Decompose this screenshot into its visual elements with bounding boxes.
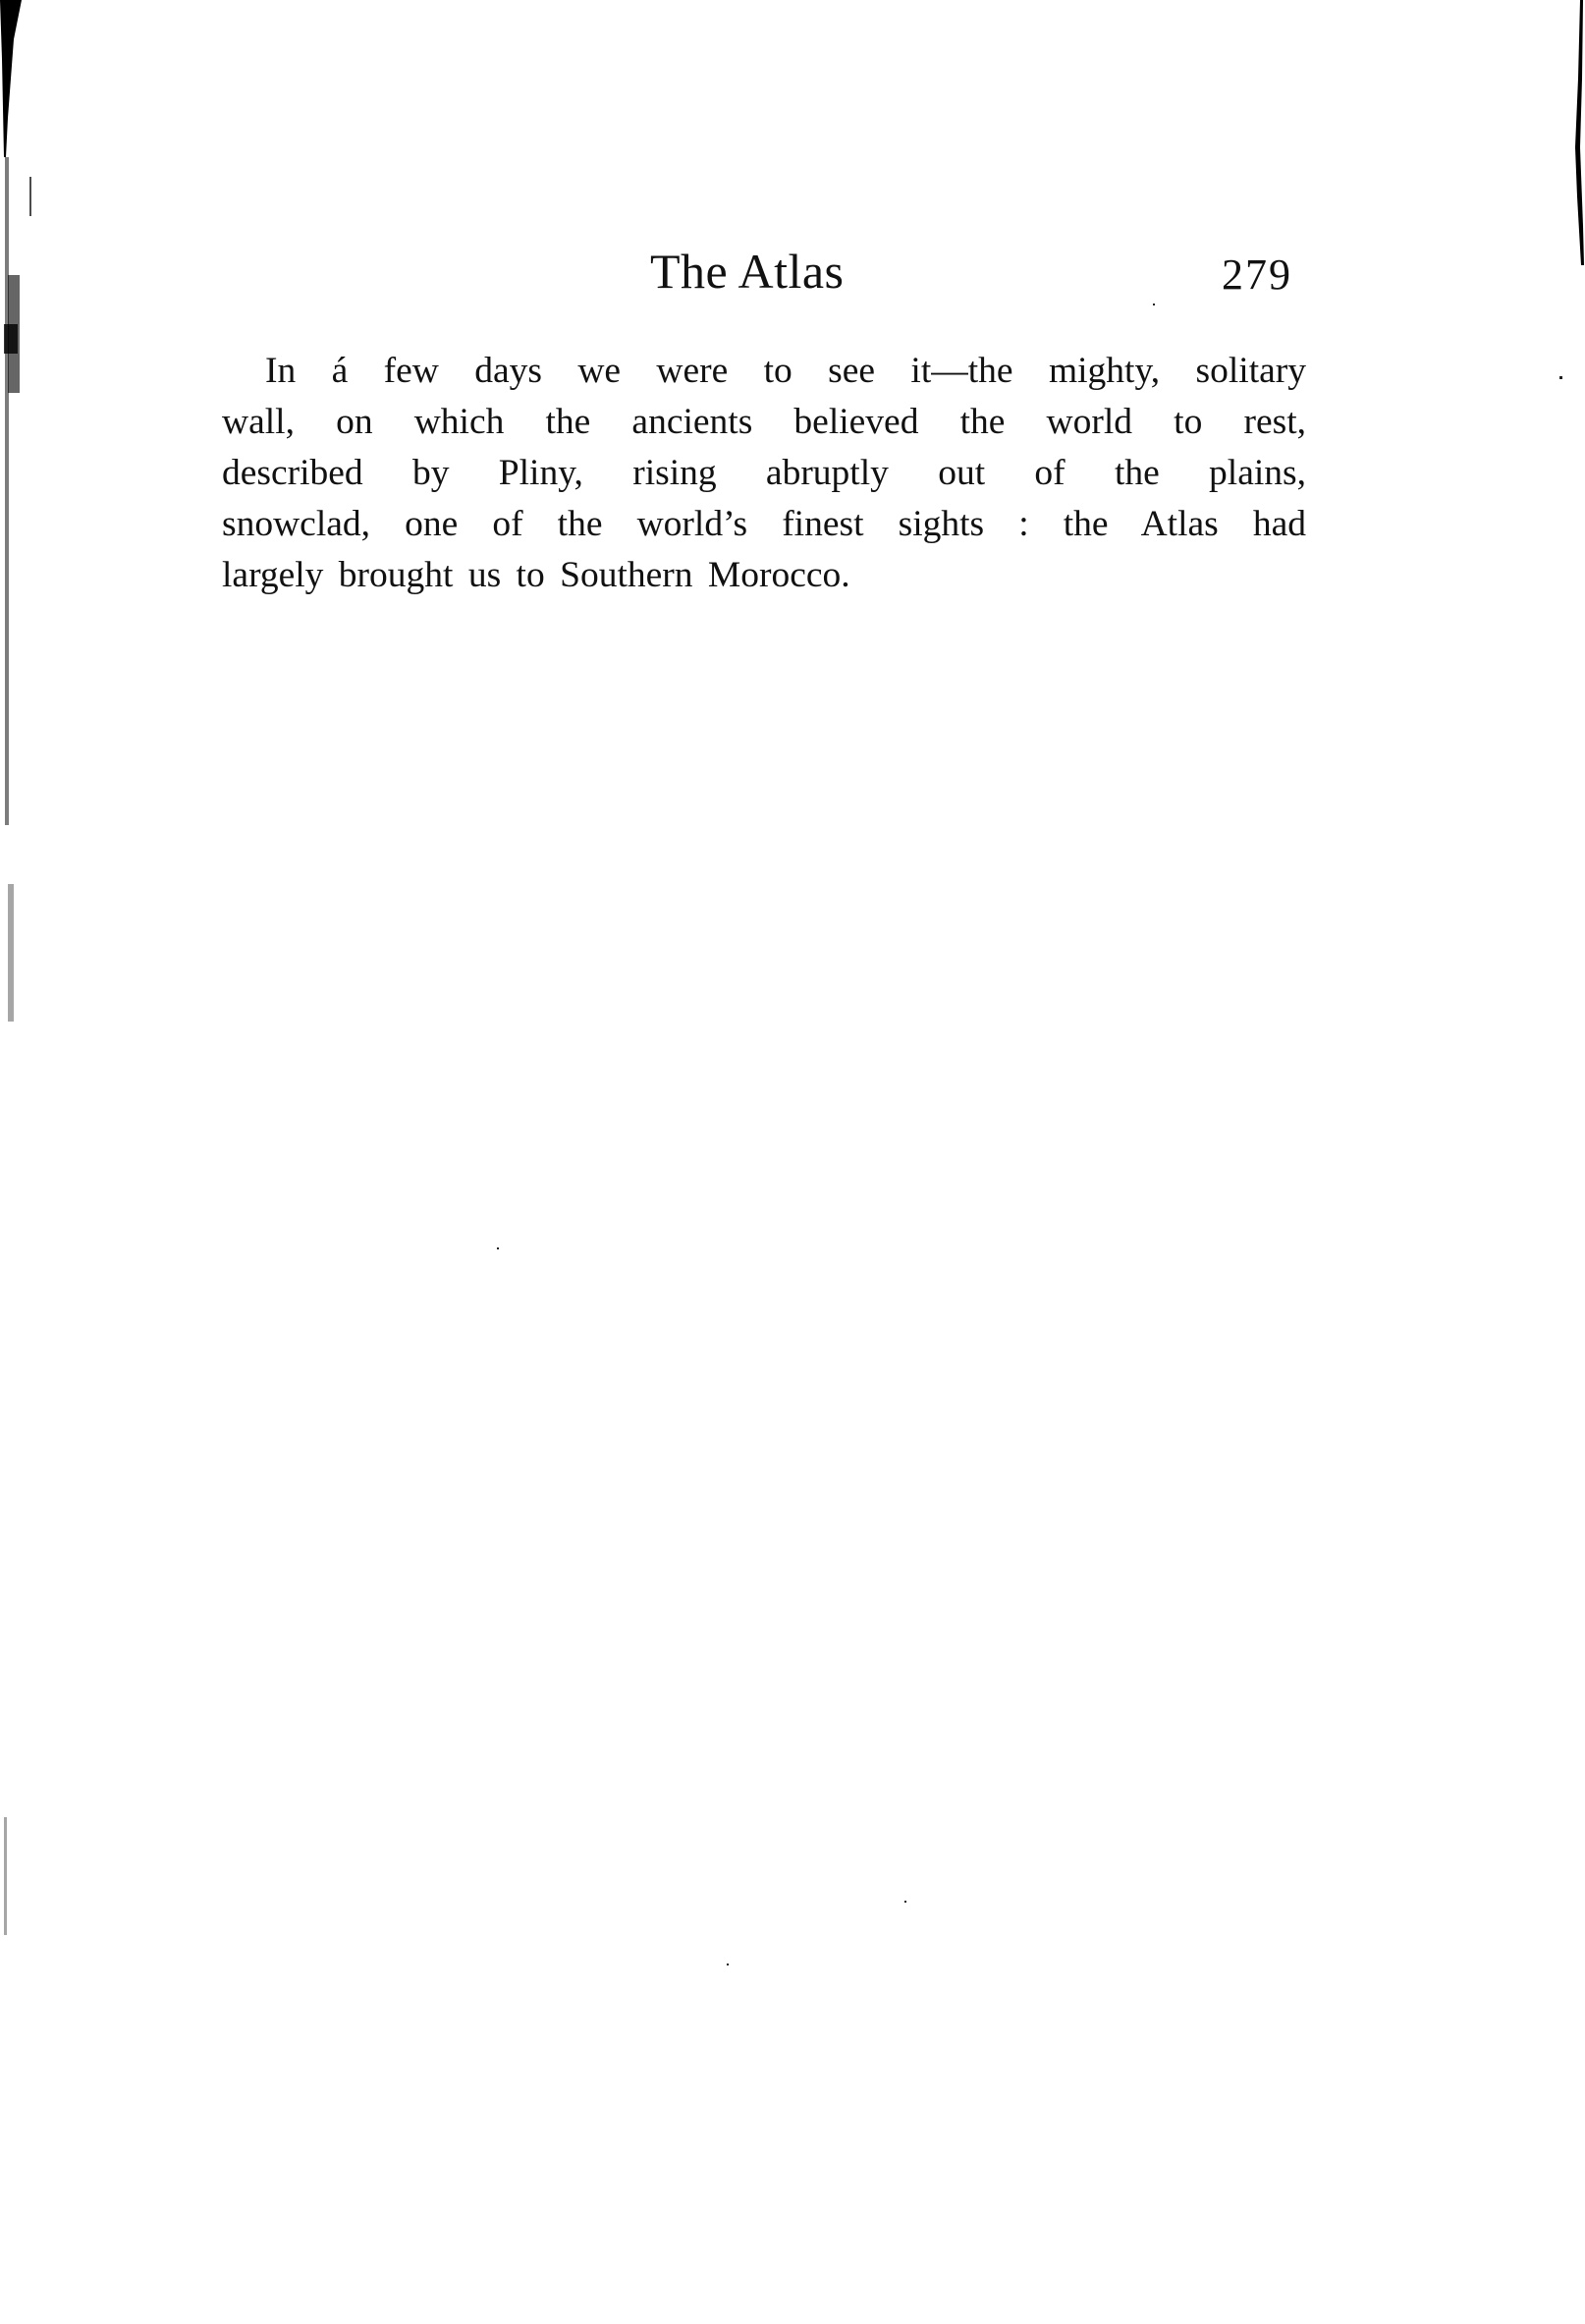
text-line: In á few days we were to see it—the mig… [222, 346, 1306, 397]
text-line: wall, on which the ancients believed the… [222, 397, 1306, 448]
text-line: largely brought us to Southern Morocco. [222, 550, 1306, 601]
running-head: The Atlas 279 [0, 242, 1585, 301]
page-number: 279 [1222, 246, 1292, 304]
text-line: snowclad, one of the world’s finest sigh… [222, 499, 1306, 550]
scan-binding-edge-left [0, 0, 39, 2324]
running-title: The Atlas [650, 242, 845, 301]
body-paragraph: In á few days we were to see it—the mig… [222, 346, 1306, 601]
text-line: described by Pliny, rising abruptly out … [222, 448, 1306, 499]
